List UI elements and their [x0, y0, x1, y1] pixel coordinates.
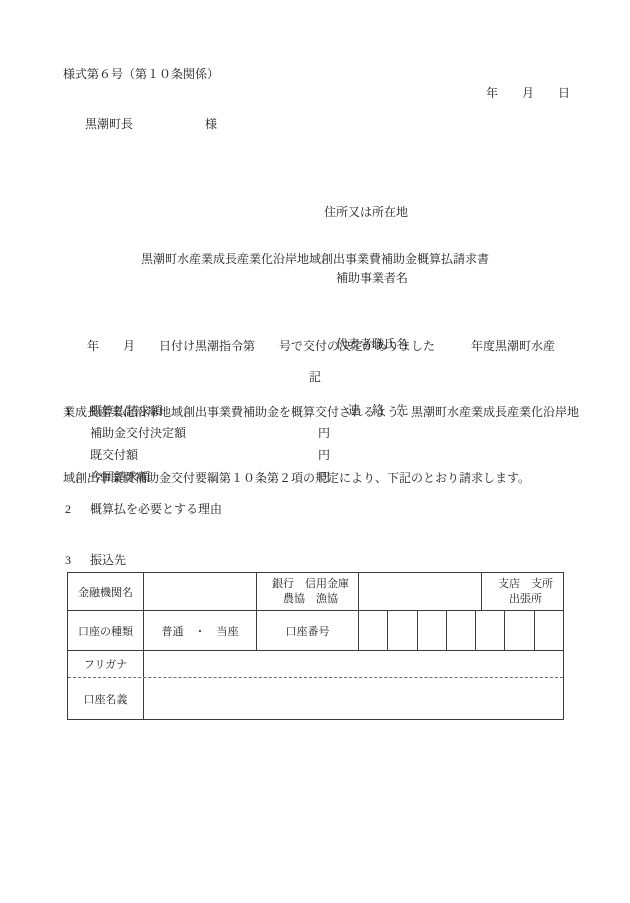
account-type-options-cell: 普通 ・ 当座 — [143, 611, 256, 650]
amount-row-current-request: 今回請求額円 — [90, 468, 150, 485]
ki-separator: 記 — [0, 368, 630, 385]
account-number-digit-cell — [417, 611, 446, 650]
amount-unit-yen: 円 — [318, 424, 330, 441]
section-3-title: 振込先 — [90, 553, 126, 567]
institution-type-line1: 銀行 信用金庫 — [272, 577, 349, 592]
amount-row-decided: 補助金交付決定額円 — [90, 424, 186, 441]
account-number-digit-cell — [446, 611, 475, 650]
section-3-heading: 3振込先 — [65, 551, 126, 568]
branch-type-line2: 出張所 — [509, 592, 542, 607]
section-2-heading: 2概算払を必要とする理由 — [65, 500, 222, 517]
applicant-address-label: 住所又は所在地 — [324, 201, 408, 223]
amount-label: 補助金交付決定額 — [90, 426, 186, 440]
furigana-label-cell: フリガナ — [68, 651, 143, 677]
amount-label: 今回請求額 — [90, 470, 150, 484]
bank-transfer-table: 金融機関名 銀行 信用金庫 農協 漁協 支店 支所 出張所 口座の種類 普通 ・… — [67, 572, 564, 720]
section-2-number: 2 — [65, 502, 90, 517]
body-paragraph-line: 年 月 日付け黒潮指令第 号で交付の決定がありました 年度黒潮町水産 — [63, 335, 569, 357]
section-2-title: 概算払を必要とする理由 — [90, 502, 222, 516]
account-type-label-cell: 口座の種類 — [68, 611, 143, 650]
account-number-digit-cell — [358, 611, 387, 650]
section-1-number: 1 — [65, 404, 90, 419]
amount-unit-yen: 円 — [318, 468, 330, 485]
furigana-input-cell — [143, 651, 563, 677]
financial-institution-name-cell — [143, 573, 256, 610]
document-title: 黒潮町水産業成長産業化沿岸地域創出事業費補助金概算払請求書 — [0, 250, 630, 267]
account-number-digit-cell — [475, 611, 504, 650]
branch-name-cell — [358, 573, 481, 610]
amount-label: 既交付額 — [90, 448, 138, 462]
applicant-business-name-label: 補助事業者名 — [324, 267, 408, 289]
amount-unit-yen: 円 — [318, 446, 330, 463]
branch-type-cell: 支店 支所 出張所 — [481, 573, 563, 610]
amount-row-already-paid: 既交付額円 — [90, 446, 138, 463]
account-number-digit-cell — [534, 611, 563, 650]
table-row-account-holder: 口座名義 — [68, 677, 563, 719]
account-number-digit-cell — [387, 611, 416, 650]
account-holder-label-cell: 口座名義 — [68, 678, 143, 719]
table-row-furigana: フリガナ — [68, 650, 563, 677]
addressee-line: 黒潮町長 様 — [85, 115, 217, 132]
document-page: 様式第６号（第１０条関係） 年 月 日 黒潮町長 様 住所又は所在地 補助事業者… — [0, 0, 630, 903]
issue-date-line: 年 月 日 — [486, 84, 570, 101]
institution-type-line2: 農協 漁協 — [283, 592, 338, 607]
institution-type-cell: 銀行 信用金庫 農協 漁協 — [256, 573, 358, 610]
form-number: 様式第６号（第１０条関係） — [63, 65, 219, 82]
account-holder-input-cell — [143, 678, 563, 719]
financial-institution-label-cell: 金融機関名 — [68, 573, 143, 610]
table-row-account: 口座の種類 普通 ・ 当座 口座番号 — [68, 610, 563, 650]
section-1-heading: 1概算払請求額 — [65, 402, 162, 419]
account-number-label-cell: 口座番号 — [256, 611, 358, 650]
branch-type-line1: 支店 支所 — [498, 577, 553, 592]
table-row-financial-institution: 金融機関名 銀行 信用金庫 農協 漁協 支店 支所 出張所 — [68, 573, 563, 610]
section-1-title: 概算払請求額 — [90, 404, 162, 418]
section-3-number: 3 — [65, 553, 90, 568]
account-number-digit-cell — [504, 611, 533, 650]
